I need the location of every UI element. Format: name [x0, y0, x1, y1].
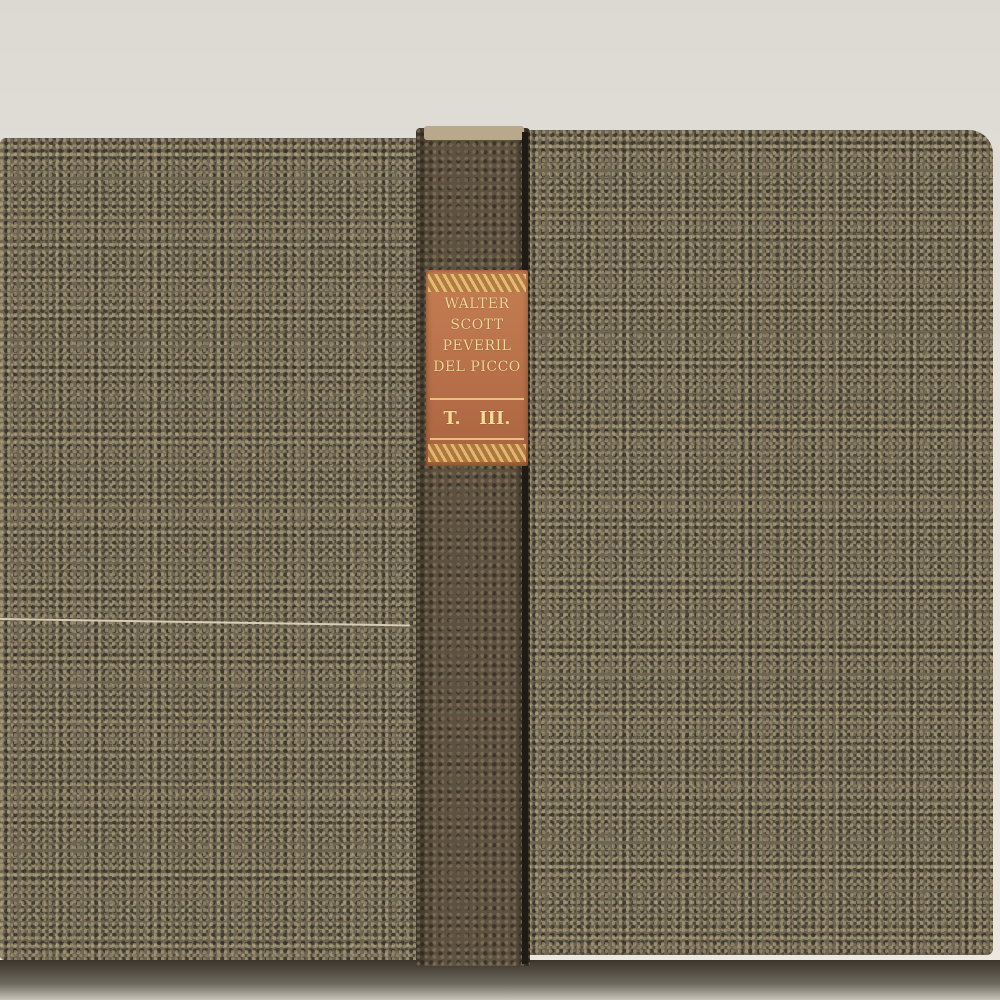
- back-cover-board: [0, 138, 418, 960]
- front-cover-board: [528, 130, 993, 955]
- spine-label: WALTER SCOTT PEVERIL DEL PICCO T. III.: [426, 270, 528, 466]
- gilt-rule-lower: [430, 438, 524, 440]
- title-line-author-first: WALTER: [426, 294, 528, 315]
- volume-number: T. III.: [426, 408, 528, 429]
- title-line-author-last: SCOTT: [426, 315, 528, 336]
- title-line-work-1: PEVERIL: [426, 336, 528, 357]
- spine-joint: [522, 132, 528, 964]
- gilt-ornament-top: [428, 274, 526, 292]
- title-line-work-2: DEL PICCO: [426, 357, 528, 378]
- gilt-ornament-bottom: [428, 444, 526, 462]
- gilt-rule-upper: [430, 398, 524, 400]
- spine-headcap: [424, 126, 524, 140]
- spine-title: WALTER SCOTT PEVERIL DEL PICCO: [426, 294, 528, 378]
- book-spine: [416, 128, 530, 966]
- table-shadow: [0, 960, 1000, 1000]
